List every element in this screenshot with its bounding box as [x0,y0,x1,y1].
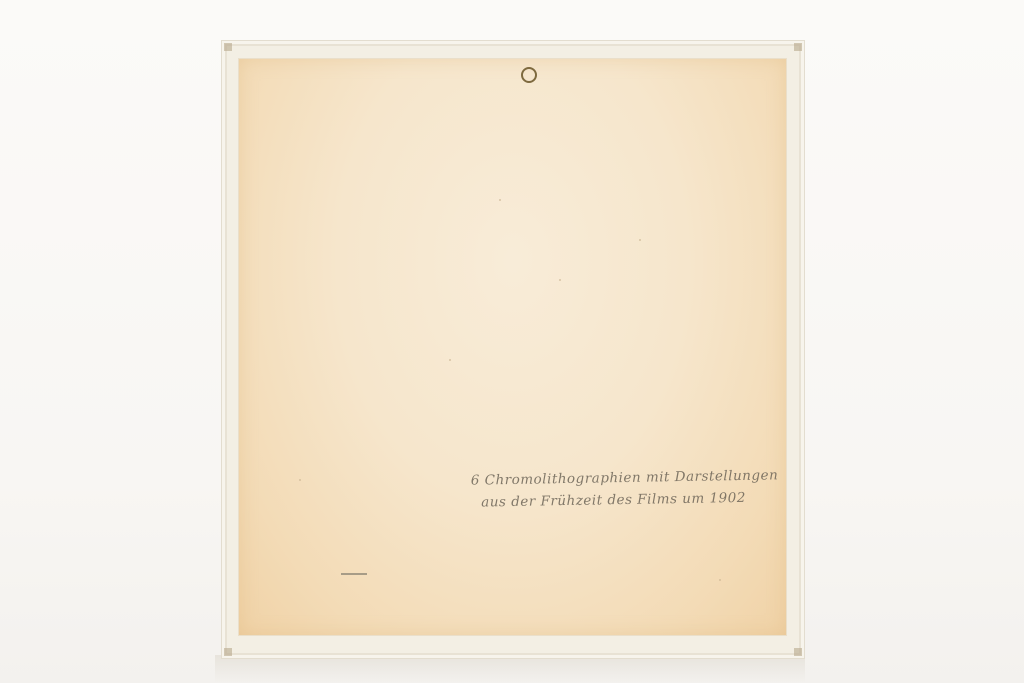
paper-speck [299,479,301,481]
paper-speck [639,239,641,241]
paper-speck [719,579,721,581]
backing-board: 6 Chromolithographien mit Darstellungen … [238,58,787,636]
frame-corner-top-left [224,43,232,51]
paper-speck [559,279,561,281]
hanging-ring-icon [521,67,537,83]
floor-shadow [215,655,805,683]
frame-corner-bottom-left [224,648,232,656]
paper-speck [449,359,451,361]
frame-corner-bottom-right [794,648,802,656]
picture-frame: 6 Chromolithographien mit Darstellungen … [221,40,805,659]
frame-corner-top-right [794,43,802,51]
inscription-line-2: aus der Frühzeit des Films um 1902 [471,486,779,513]
handwritten-inscription: 6 Chromolithographien mit Darstellungen … [471,464,779,513]
pencil-mark [341,573,367,575]
paper-speck [499,199,501,201]
